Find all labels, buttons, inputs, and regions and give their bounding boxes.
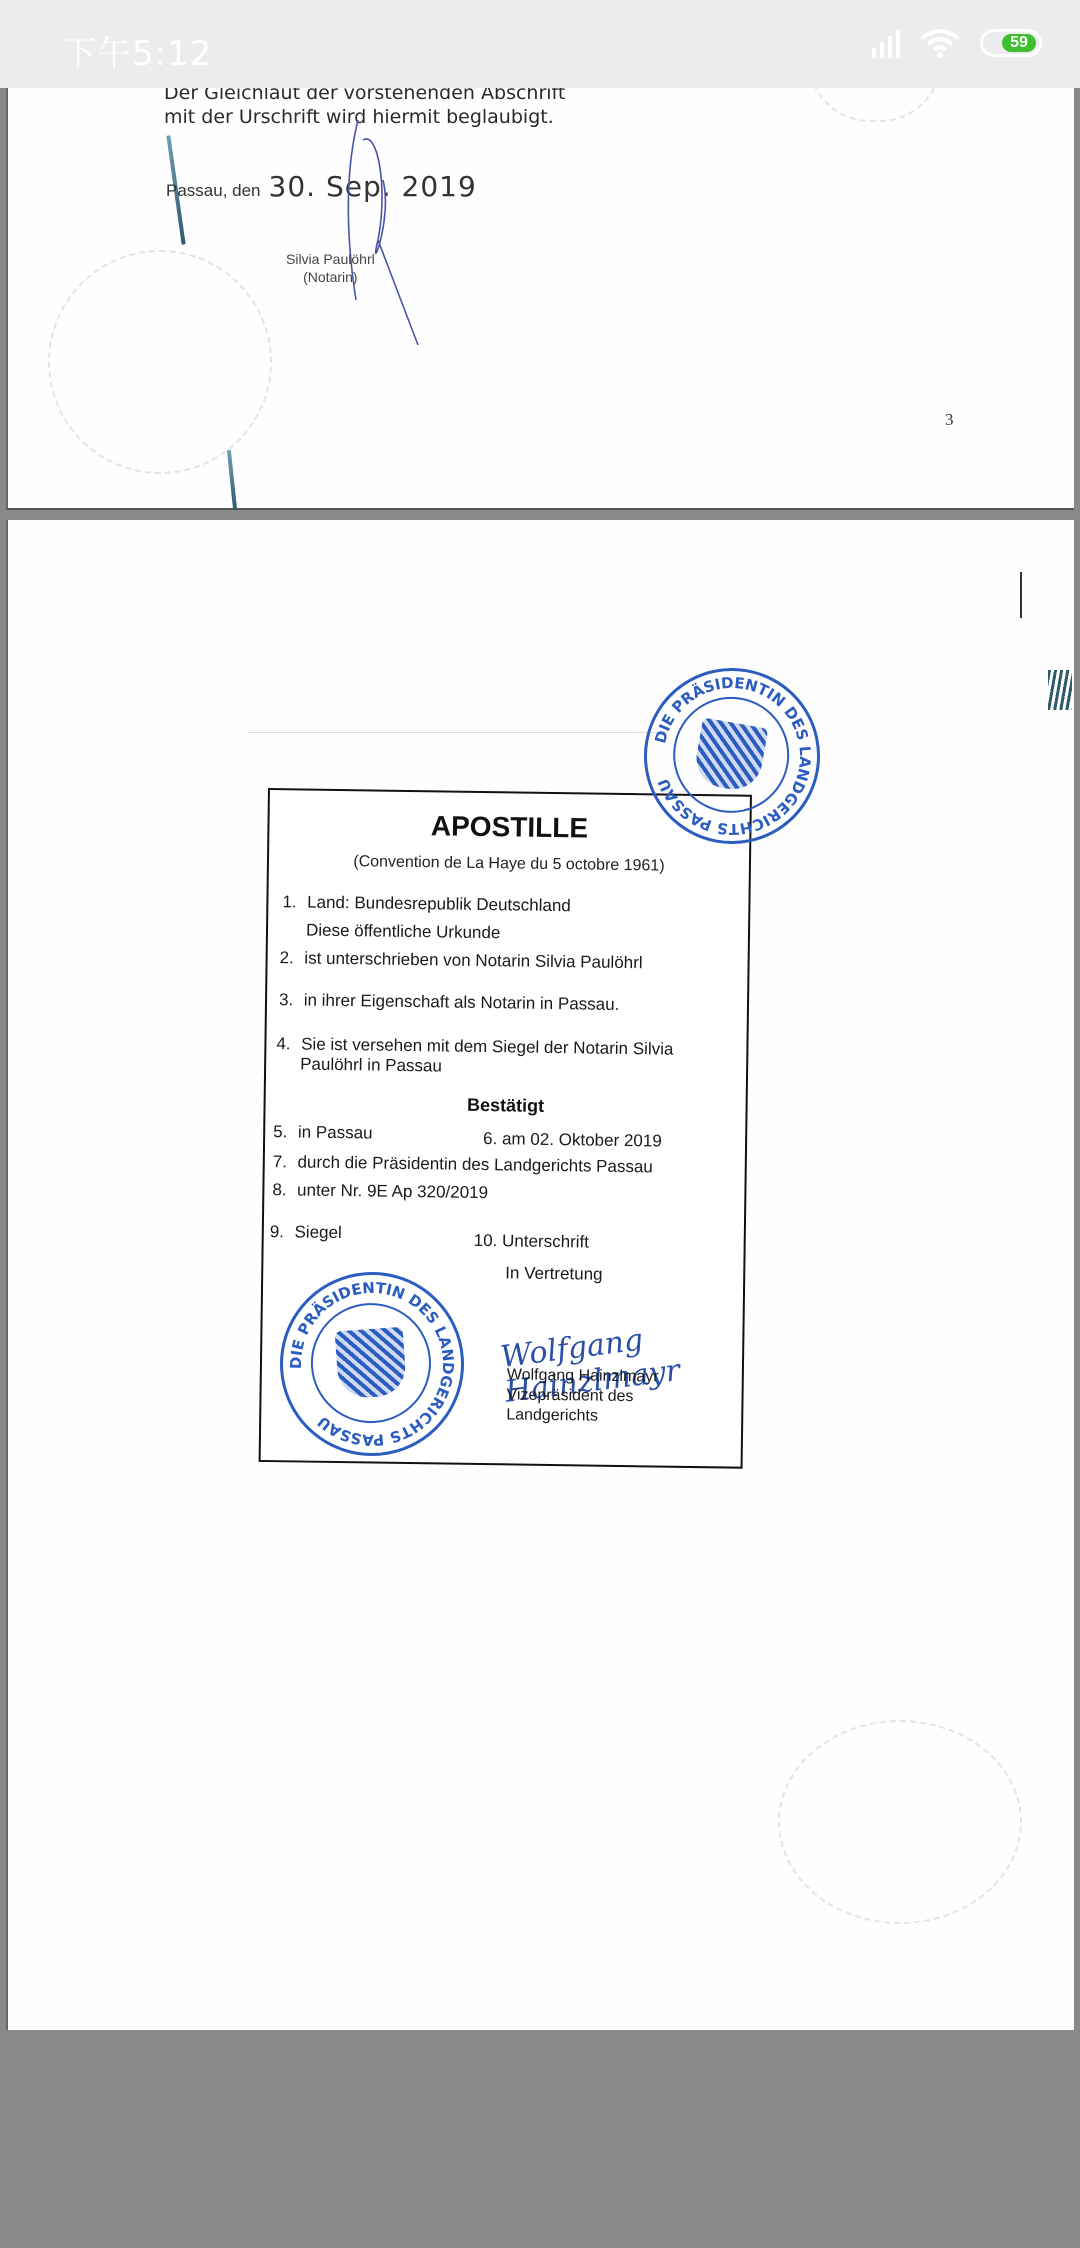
- embossed-seal: [778, 1720, 1022, 1924]
- battery-icon: 59: [980, 29, 1042, 57]
- apostille-item: Paulöhrl in Passau: [300, 1054, 442, 1076]
- status-time: 下午5:12: [62, 26, 212, 75]
- official-seal-stamp: DIE PRÄSIDENTIN DES LANDGERICHTS PASSAU: [630, 654, 834, 858]
- status-bar: 下午5:12 59: [0, 0, 1080, 88]
- apostille-seal-label: 9. Siegel: [270, 1222, 342, 1243]
- apostille-authority: 7. durch die Präsidentin des Landgericht…: [273, 1152, 653, 1177]
- certification-date: Passau, den30. Sep. 2019: [166, 170, 477, 203]
- signer-title: Vizepräsident des: [506, 1385, 658, 1407]
- faint-line: [248, 732, 668, 733]
- notary-signature: [338, 100, 428, 350]
- representation-label: In Vertretung: [505, 1263, 603, 1284]
- place-prefix: Passau, den: [166, 181, 261, 200]
- apostille-item: 3. in ihrer Eigenschaft als Notarin in P…: [279, 990, 620, 1015]
- apostille-item: 2. ist unterschrieben von Notarin Silvia…: [279, 948, 642, 973]
- page-number: 3: [945, 410, 954, 430]
- apostille-place: 5. in Passau: [273, 1122, 373, 1143]
- signer-block: Wolfgang Hainzlmayr Vizepräsident des La…: [506, 1365, 659, 1427]
- binding-cord: [1048, 670, 1072, 710]
- apostille-number: 8. unter Nr. 9E Ap 320/2019: [272, 1180, 488, 1203]
- stamp-ring-text: DIE PRÄSIDENTIN DES LANDGERICHTS PASSAU: [281, 1273, 463, 1455]
- signer-name: Wolfgang Hainzlmayr: [507, 1365, 659, 1387]
- apostille-subtitle: (Convention de La Haye du 5 octobre 1961…: [269, 852, 749, 877]
- notary-name: Silvia Paulöhrl: [286, 250, 375, 268]
- svg-text:DIE PRÄSIDENTIN DES LANDGERICH: DIE PRÄSIDENTIN DES LANDGERICHTS PASSAU: [637, 661, 828, 851]
- apostille-date: 6. am 02. Oktober 2019: [483, 1129, 662, 1151]
- battery-level: 59: [1002, 34, 1036, 52]
- embossed-seal: [48, 250, 272, 474]
- apostille-signature-label: 10. Unterschrift: [474, 1231, 590, 1253]
- signal-icon: [872, 28, 900, 58]
- apostille-item: 1. Land: Bundesrepublik Deutschland: [282, 892, 571, 916]
- punch-mark: [1020, 572, 1022, 618]
- document-page-3: Der Gleichlaut der vorstehenden Abschrif…: [6, 40, 1074, 510]
- confirmed-label: Bestätigt: [265, 1092, 745, 1120]
- wifi-icon: [920, 28, 960, 58]
- apostille-item: Diese öffentliche Urkunde: [306, 921, 501, 944]
- notary-title: (Notarin): [286, 268, 375, 286]
- official-seal-stamp: DIE PRÄSIDENTIN DES LANDGERICHTS PASSAU: [274, 1266, 470, 1462]
- svg-text:DIE PRÄSIDENTIN DES LANDGERICH: DIE PRÄSIDENTIN DES LANDGERICHTS PASSAU: [281, 1273, 463, 1455]
- signer-title: Landgerichts: [506, 1405, 658, 1427]
- notary-signature-block: Silvia Paulöhrl (Notarin): [286, 250, 375, 286]
- stamp-ring-text: DIE PRÄSIDENTIN DES LANDGERICHTS PASSAU: [637, 661, 828, 851]
- binding-cord: [227, 450, 237, 510]
- status-icons: 59: [872, 28, 1042, 58]
